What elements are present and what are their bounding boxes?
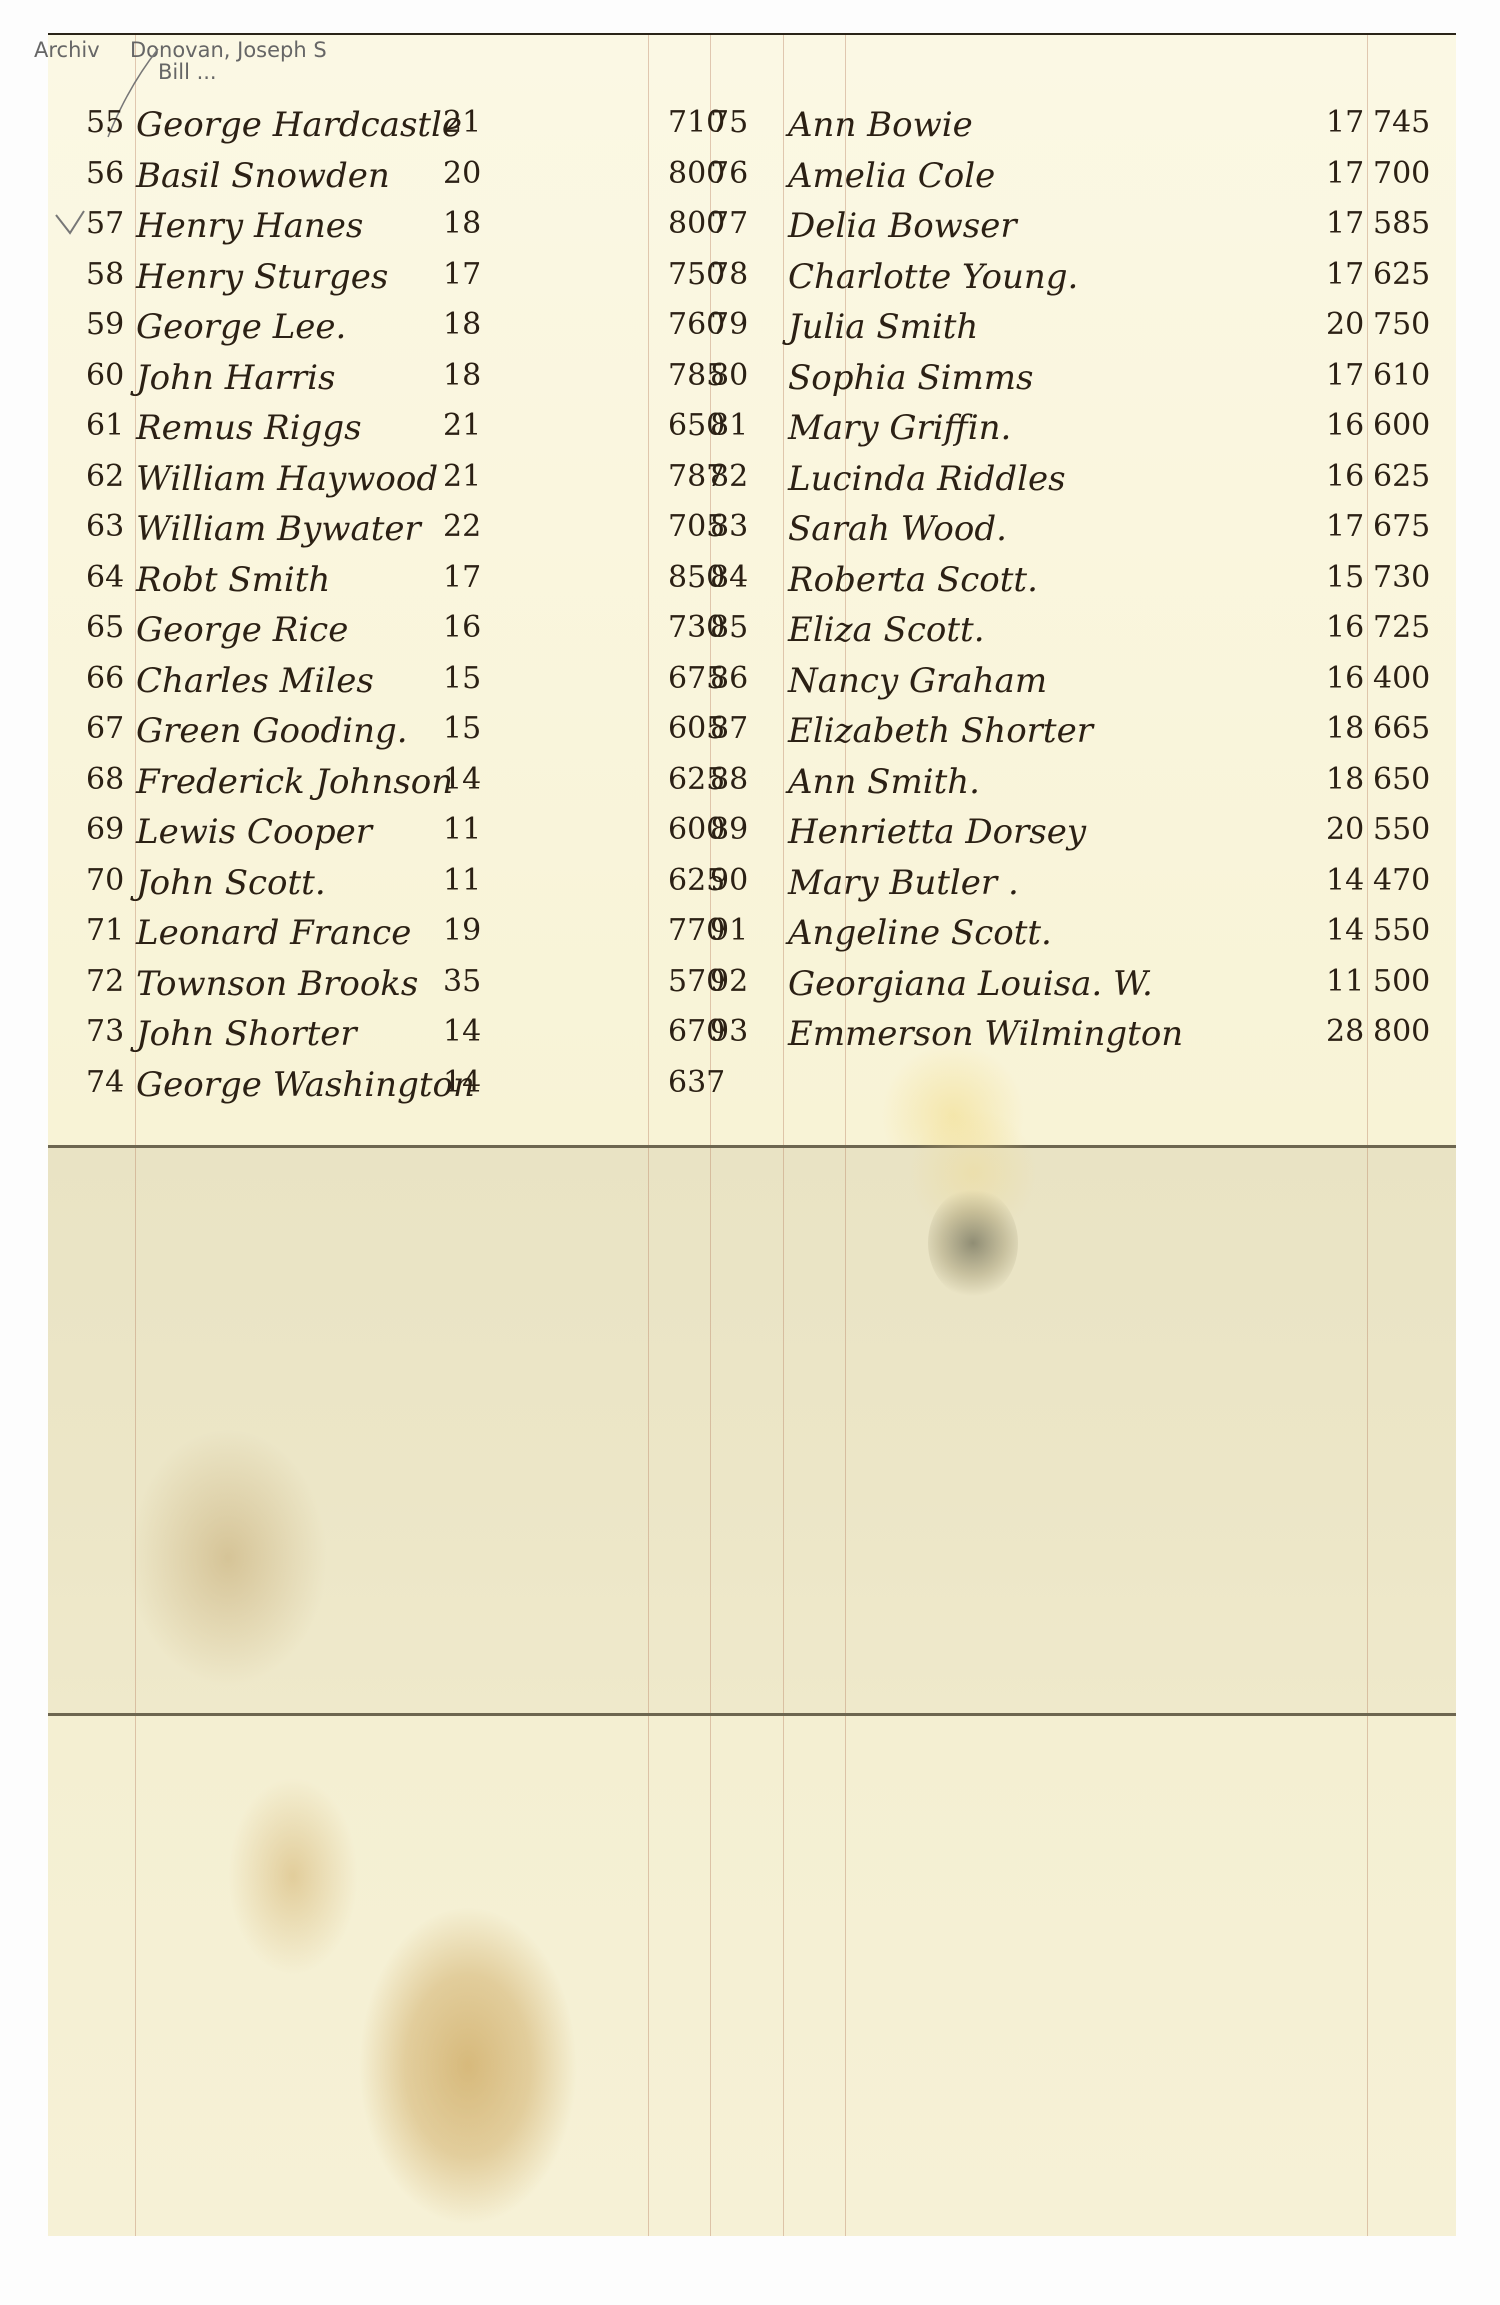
entry-age: 16 — [1326, 459, 1364, 494]
lower-panel — [48, 1713, 1456, 2236]
ledger-row: 91Angeline Scott.14550 — [48, 913, 1448, 963]
entry-price: 750 — [1373, 307, 1430, 342]
entry-no: 80 — [710, 358, 748, 393]
entry-name: George Washington — [136, 1065, 475, 1105]
entry-age: 18 — [1326, 762, 1364, 797]
entry-age: 17 — [1326, 509, 1364, 544]
entry-no: 93 — [710, 1014, 748, 1049]
entry-name: Emmerson Wilmington — [788, 1014, 1183, 1054]
entry-no: 79 — [710, 307, 748, 342]
entry-name: Georgiana Louisa. W. — [788, 964, 1153, 1004]
upper-panel: Archiv Donovan, Joseph S Bill ... 55Geor… — [48, 33, 1456, 1145]
ledger-row: 81Mary Griffin.16600 — [48, 408, 1448, 458]
entry-age: 17 — [1326, 358, 1364, 393]
ledger-row: 89Henrietta Dorsey20550 — [48, 812, 1448, 862]
ink-blot — [928, 1188, 1018, 1298]
entry-age: 28 — [1326, 1014, 1364, 1049]
ledger-row: 75Ann Bowie17745 — [48, 105, 1448, 155]
entry-price: 650 — [1373, 762, 1430, 797]
middle-panel — [48, 1145, 1456, 1713]
ledger-row: 92Georgiana Louisa. W.11500 — [48, 964, 1448, 1014]
ledger-row: 86Nancy Graham16400 — [48, 661, 1448, 711]
water-stain — [358, 1906, 578, 2226]
entry-name: Angeline Scott. — [788, 913, 1052, 953]
entry-age: 14 — [443, 1065, 481, 1100]
entry-price: 700 — [1373, 156, 1430, 191]
entry-name: Lucinda Riddles — [788, 459, 1066, 499]
entry-age: 15 — [1326, 560, 1364, 595]
entry-name: Nancy Graham — [788, 661, 1047, 701]
entry-name: Delia Bowser — [788, 206, 1017, 246]
entry-no: 82 — [710, 459, 748, 494]
entry-name: Mary Griffin. — [788, 408, 1011, 448]
water-stain — [228, 1776, 358, 1976]
ledger-row: 83Sarah Wood.17675 — [48, 509, 1448, 559]
entry-name: Elizabeth Shorter — [788, 711, 1093, 751]
entry-no: 84 — [710, 560, 748, 595]
ledger-row: 82Lucinda Riddles16625 — [48, 459, 1448, 509]
entry-name: Henrietta Dorsey — [788, 812, 1086, 852]
ledger-row: 90Mary Butler .14470 — [48, 863, 1448, 913]
entry-no: 87 — [710, 711, 748, 746]
entry-age: 17 — [1326, 156, 1364, 191]
entry-age: 17 — [1326, 206, 1364, 241]
entry-name: Sarah Wood. — [788, 509, 1007, 549]
rust-spots — [128, 1428, 328, 1688]
ledger-row: 76Amelia Cole17700 — [48, 156, 1448, 206]
entry-price: 500 — [1373, 964, 1430, 999]
entry-name: Eliza Scott. — [788, 610, 985, 650]
entry-no: 81 — [710, 408, 748, 443]
ledger-row: 87Elizabeth Shorter18665 — [48, 711, 1448, 761]
entry-name: Amelia Cole — [788, 156, 995, 196]
entry-name: Julia Smith — [788, 307, 978, 347]
entry-price: 665 — [1373, 711, 1430, 746]
entry-no: 76 — [710, 156, 748, 191]
entry-name: Charlotte Young. — [788, 257, 1078, 297]
entry-age: 14 — [1326, 863, 1364, 898]
entry-price: 585 — [1373, 206, 1430, 241]
entry-no: 91 — [710, 913, 748, 948]
entry-age: 17 — [1326, 105, 1364, 140]
entry-no: 78 — [710, 257, 748, 292]
entry-price: 730 — [1373, 560, 1430, 595]
entry-price: 550 — [1373, 812, 1430, 847]
entry-no: 86 — [710, 661, 748, 696]
entry-name: Sophia Simms — [788, 358, 1033, 398]
entry-age: 16 — [1326, 661, 1364, 696]
entry-price: 550 — [1373, 913, 1430, 948]
ledger-row: 93Emmerson Wilmington28800 — [48, 1014, 1448, 1064]
entry-name: Roberta Scott. — [788, 560, 1038, 600]
entry-age: 17 — [1326, 257, 1364, 292]
entry-no: 90 — [710, 863, 748, 898]
entry-name: Ann Smith. — [788, 762, 980, 802]
entry-no: 75 — [710, 105, 748, 140]
entry-price: 745 — [1373, 105, 1430, 140]
entry-no: 92 — [710, 964, 748, 999]
entry-price: 675 — [1373, 509, 1430, 544]
ledger-row: 77Delia Bowser17585 — [48, 206, 1448, 256]
entry-no: 89 — [710, 812, 748, 847]
entry-price: 400 — [1373, 661, 1430, 696]
entry-age: 20 — [1326, 812, 1364, 847]
entry-age: 16 — [1326, 610, 1364, 645]
ledger-row: 74George Washington14637 — [48, 1065, 1448, 1115]
entry-price: 637 — [668, 1065, 725, 1100]
ledger-row: 84Roberta Scott.15730 — [48, 560, 1448, 610]
ledger-row: 80Sophia Simms17610 — [48, 358, 1448, 408]
entry-name: Ann Bowie — [788, 105, 973, 145]
entry-price: 725 — [1373, 610, 1430, 645]
entry-no: 85 — [710, 610, 748, 645]
entry-age: 16 — [1326, 408, 1364, 443]
entry-price: 625 — [1373, 459, 1430, 494]
entry-price: 600 — [1373, 408, 1430, 443]
ledger-row: 78Charlotte Young.17625 — [48, 257, 1448, 307]
entry-no: 74 — [86, 1065, 124, 1100]
entry-no: 77 — [710, 206, 748, 241]
entry-name: Mary Butler . — [788, 863, 1019, 903]
entry-price: 625 — [1373, 257, 1430, 292]
ledger-row: 79Julia Smith20750 — [48, 307, 1448, 357]
entry-price: 470 — [1373, 863, 1430, 898]
entry-age: 14 — [1326, 913, 1364, 948]
entry-no: 88 — [710, 762, 748, 797]
entry-price: 610 — [1373, 358, 1430, 393]
ledger-row: 88Ann Smith.18650 — [48, 762, 1448, 812]
entry-no: 83 — [710, 509, 748, 544]
entry-age: 18 — [1326, 711, 1364, 746]
ledger-sheet: Archiv Donovan, Joseph S Bill ... 55Geor… — [48, 33, 1456, 2233]
entry-price: 800 — [1373, 1014, 1430, 1049]
ledger-row: 85Eliza Scott.16725 — [48, 610, 1448, 660]
entry-age: 20 — [1326, 307, 1364, 342]
entry-age: 11 — [1326, 964, 1364, 999]
